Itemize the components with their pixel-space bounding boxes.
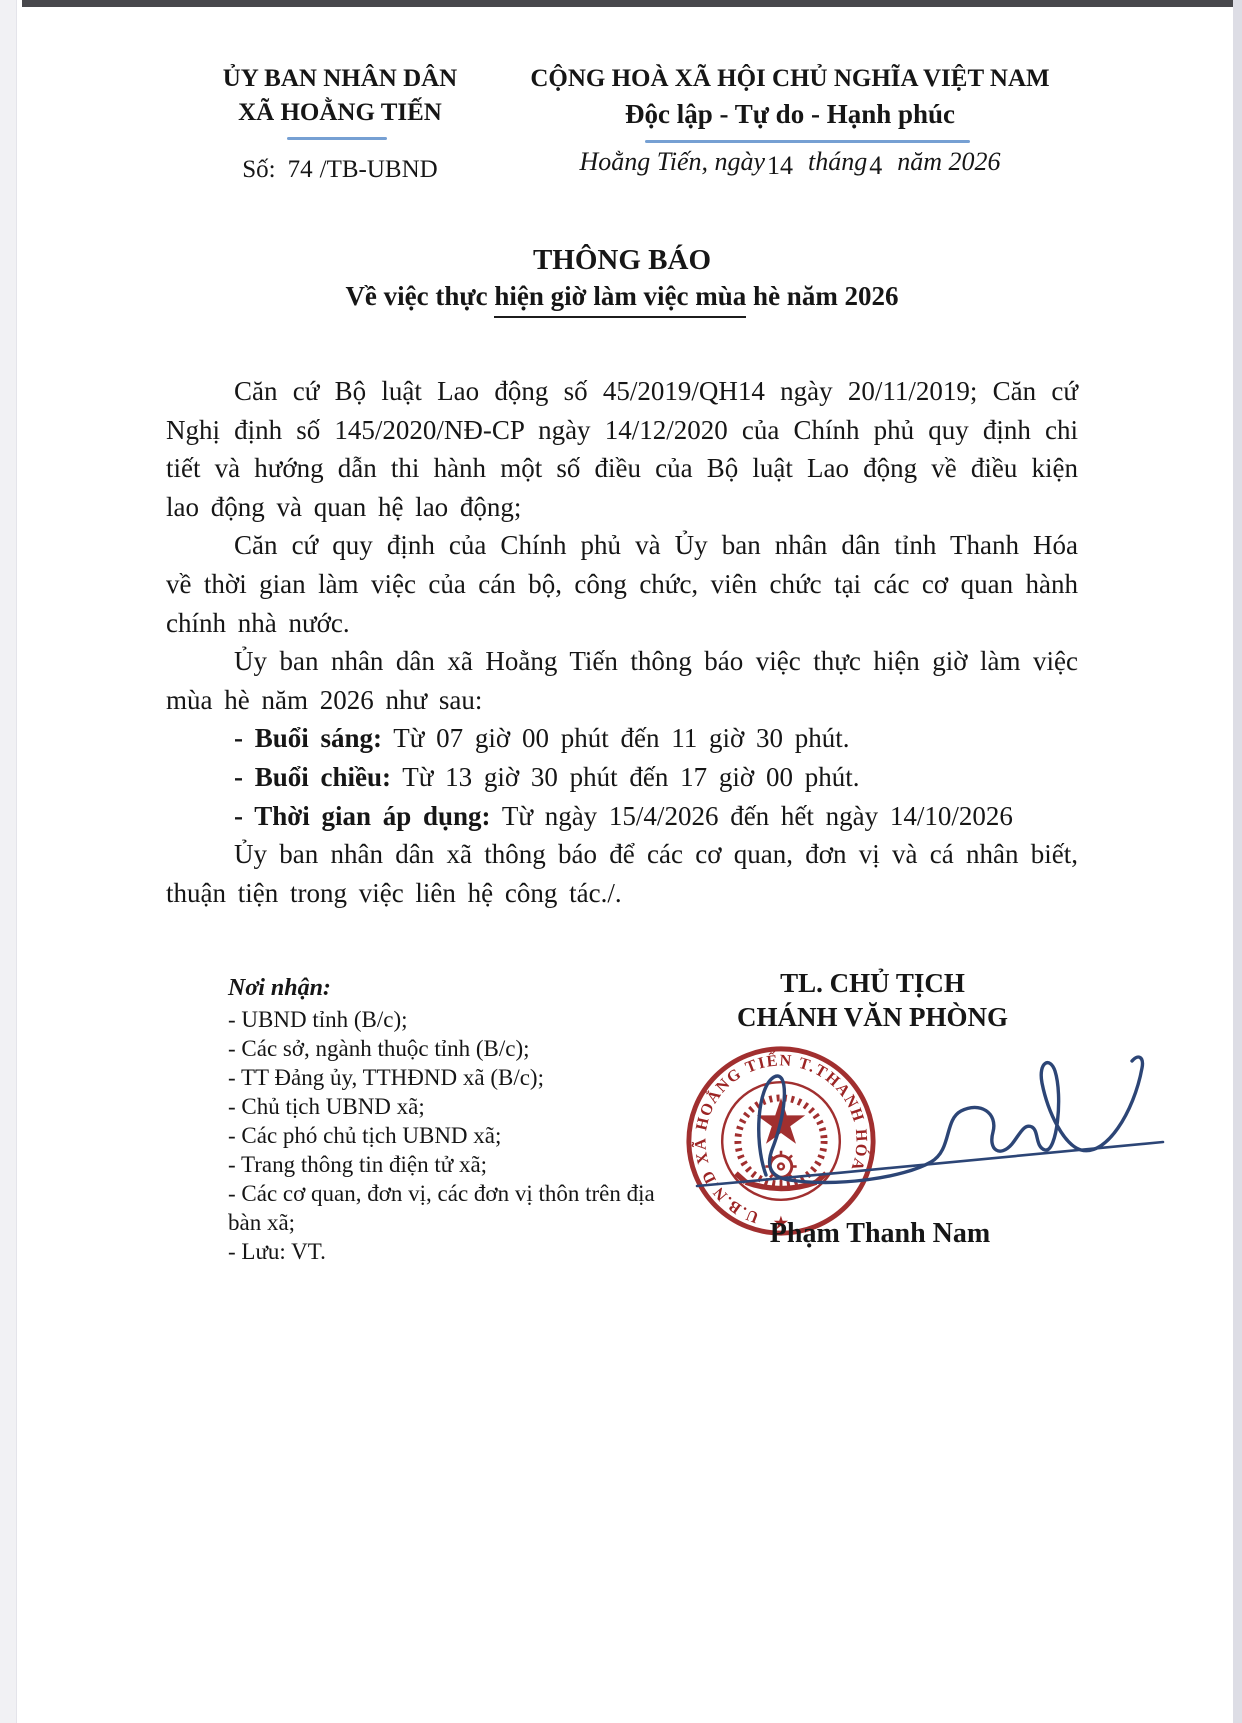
bullet-afternoon-label: - Buổi chiều: bbox=[234, 762, 391, 792]
recipient-item: - TT Đảng ủy, TTHĐND xã (B/c); bbox=[228, 1063, 660, 1092]
subtitle-post: hè năm 2026 bbox=[746, 281, 898, 311]
bullet-apply-period: - Thời gian áp dụng: Từ ngày 15/4/2026 đ… bbox=[166, 797, 1078, 836]
subtitle-pre: Về việc thực bbox=[345, 281, 494, 311]
bullet-morning-hours: - Buổi sáng: Từ 07 giờ 00 phút đến 11 gi… bbox=[166, 719, 1078, 758]
date-prefix: Hoằng Tiến, ngày bbox=[579, 147, 765, 176]
document-number-label: Số: bbox=[242, 156, 275, 183]
bullet-afternoon-text: Từ 13 giờ 30 phút đến 17 giờ 00 phút. bbox=[391, 762, 859, 792]
document-title: THÔNG BÁO bbox=[166, 244, 1078, 277]
scan-right-edge bbox=[1233, 0, 1242, 1723]
official-document-page: ỦY BAN NHÂN DÂN XÃ HOẰNG TIẾN Số:74/TB-U… bbox=[0, 0, 1242, 1723]
recipients-heading: Nơi nhận: bbox=[228, 974, 660, 1003]
date-suffix: năm 2026 bbox=[897, 147, 1000, 176]
document-subtitle: Về việc thực hiện giờ làm việc mùa hè nă… bbox=[166, 281, 1078, 318]
national-motto: Độc lập - Tự do - Hạnh phúc bbox=[490, 97, 1090, 131]
recipient-item: - UBND tỉnh (B/c); bbox=[228, 1005, 660, 1034]
date-day: 14 bbox=[767, 151, 793, 180]
recipient-item: - Lưu: VT. bbox=[228, 1237, 660, 1266]
signature-stroke-main bbox=[759, 1057, 1143, 1182]
bullet-morning-label: - Buổi sáng: bbox=[234, 723, 382, 753]
bullet-afternoon-hours: - Buổi chiều: Từ 13 giờ 30 phút đến 17 g… bbox=[166, 758, 1078, 797]
bullet-morning-text: Từ 07 giờ 00 phút đến 11 giờ 30 phút. bbox=[382, 723, 849, 753]
paragraph-announcement: Ủy ban nhân dân xã Hoằng Tiến thông báo … bbox=[166, 642, 1078, 719]
issuing-org-block: ỦY BAN NHÂN DÂN XÃ HOẰNG TIẾN bbox=[175, 62, 505, 130]
signature-stroke-tail bbox=[697, 1142, 1163, 1186]
org-name-line2: XÃ HOẰNG TIẾN bbox=[175, 96, 505, 130]
paragraph-legal-basis-1: Căn cứ Bộ luật Lao động số 45/2019/QH14 … bbox=[166, 372, 1078, 526]
motto-underline-rule bbox=[645, 140, 970, 143]
recipient-item: - Chủ tịch UBND xã; bbox=[228, 1092, 660, 1121]
national-motto-block: CỘNG HOÀ XÃ HỘI CHỦ NGHĨA VIỆT NAM Độc l… bbox=[490, 64, 1090, 131]
signature-ink bbox=[620, 1020, 1180, 1220]
recipients-block: Nơi nhận: - UBND tỉnh (B/c); - Các sở, n… bbox=[228, 974, 660, 1266]
recipient-item: - Các cơ quan, đơn vị, các đơn vị thôn t… bbox=[228, 1179, 660, 1237]
national-title: CỘNG HOÀ XÃ HỘI CHỦ NGHĨA VIỆT NAM bbox=[490, 64, 1090, 94]
paragraph-closing: Ủy ban nhân dân xã thông báo để các cơ q… bbox=[166, 835, 1078, 912]
signer-title-line1: TL. CHỦ TỊCH bbox=[620, 966, 1125, 1000]
document-number-suffix: /TB-UBND bbox=[320, 156, 438, 183]
paragraph-legal-basis-2: Căn cứ quy định của Chính phủ và Ủy ban … bbox=[166, 526, 1078, 642]
recipient-item: - Các sở, ngành thuộc tỉnh (B/c); bbox=[228, 1034, 660, 1063]
date-month: 4 bbox=[869, 151, 882, 180]
document-number: Số:74/TB-UBND bbox=[175, 156, 505, 184]
scan-top-edge bbox=[22, 0, 1242, 7]
subtitle-underlined: hiện giờ làm việc mùa bbox=[494, 281, 746, 318]
document-body: Căn cứ Bộ luật Lao động số 45/2019/QH14 … bbox=[166, 372, 1078, 912]
place-date-line: Hoằng Tiến, ngày14tháng4năm 2026 bbox=[490, 147, 1090, 177]
org-underline-rule bbox=[287, 137, 387, 140]
org-name-line1: ỦY BAN NHÂN DÂN bbox=[175, 62, 505, 96]
scan-left-edge bbox=[0, 0, 17, 1723]
bullet-apply-label: - Thời gian áp dụng: bbox=[234, 801, 491, 831]
bullet-apply-text: Từ ngày 15/4/2026 đến hết ngày 14/10/202… bbox=[491, 801, 1013, 831]
date-mid: tháng bbox=[808, 147, 867, 176]
recipient-item: - Trang thông tin điện tử xã; bbox=[228, 1150, 660, 1179]
document-number-value: 74 bbox=[288, 156, 313, 183]
recipient-item: - Các phó chủ tịch UBND xã; bbox=[228, 1121, 660, 1150]
signer-name: Phạm Thanh Nam bbox=[640, 1218, 1120, 1250]
